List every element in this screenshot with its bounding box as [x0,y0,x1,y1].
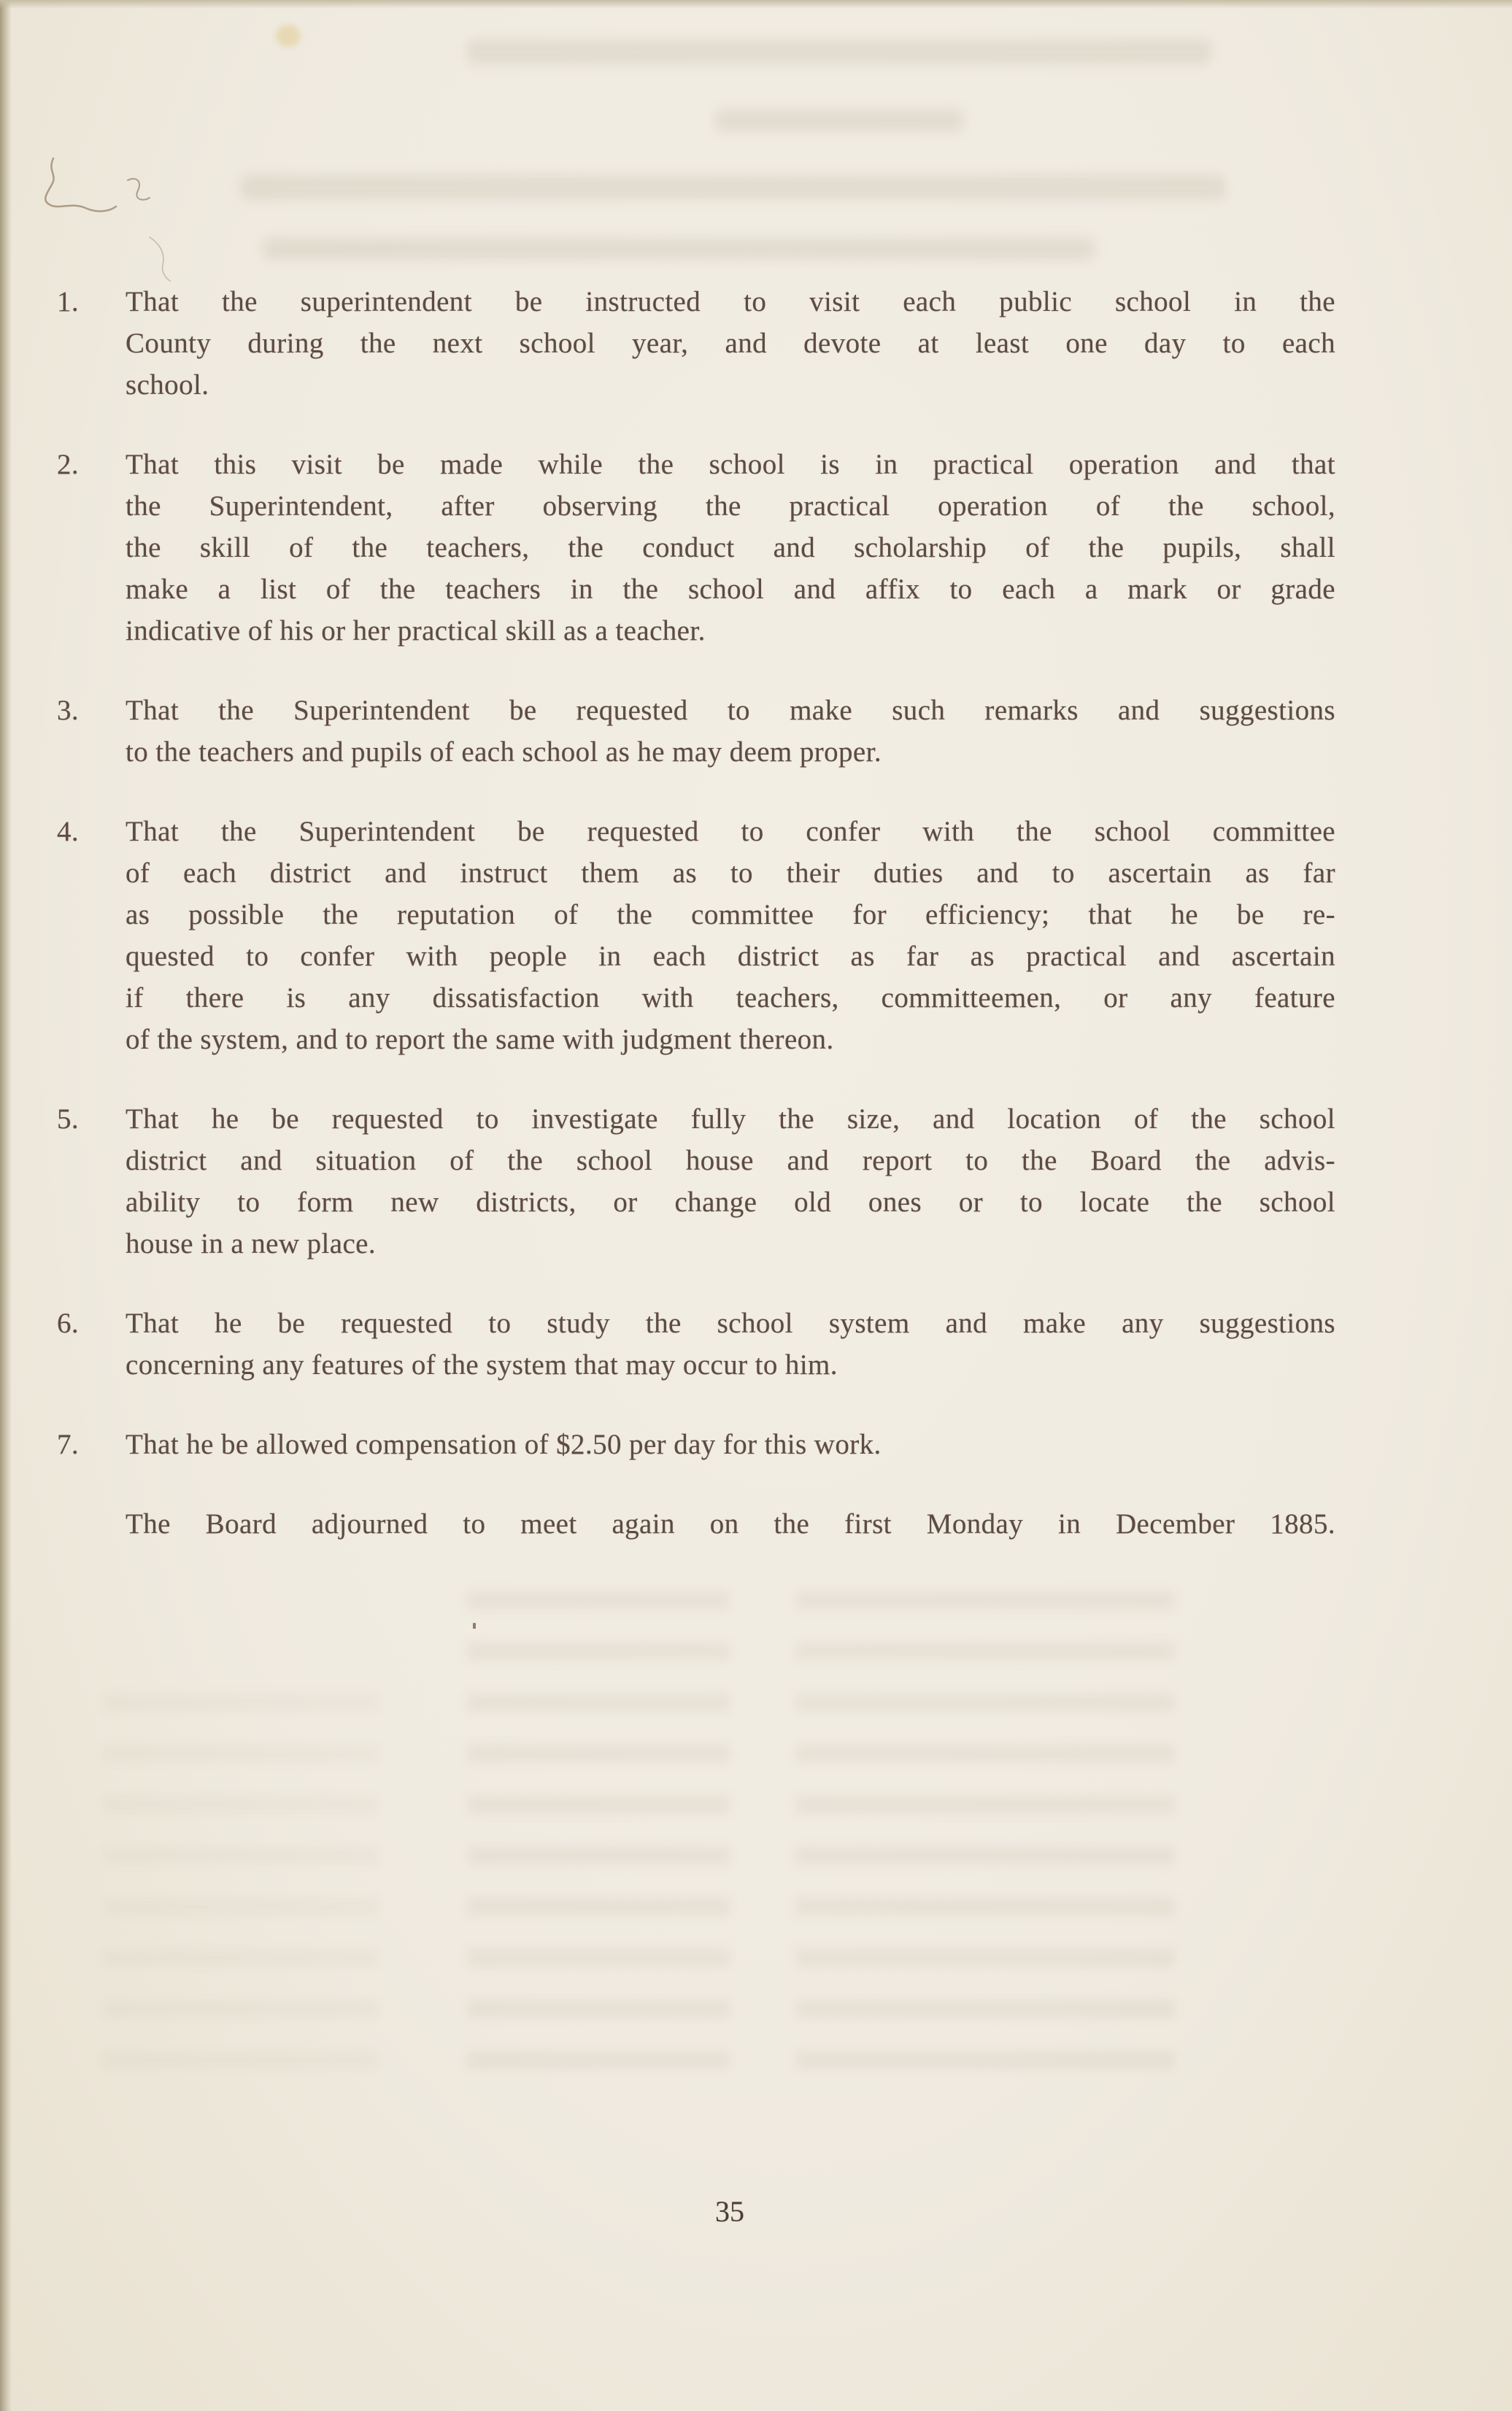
text-line: quested to confer with people in each di… [126,936,1335,977]
item-number: 4. [57,811,126,1060]
text-line: to the teachers and pupils of each schoo… [126,731,1335,773]
list-item: 1.That the superintendent be instructed … [57,281,1335,406]
closing-line: The Board adjourned to meet again on the… [126,1503,1335,1545]
item-text: That he be requested to study the school… [126,1303,1335,1386]
bleedthrough-smudge [467,1591,730,2102]
text-line: That he be allowed compensation of $2.50… [126,1424,1335,1465]
item-text: That he be allowed compensation of $2.50… [126,1424,1335,1465]
text-line: indicative of his or her practical skill… [126,610,1335,652]
item-text: That he be requested to investigate full… [126,1098,1335,1265]
bleedthrough-smudge [102,1693,379,2087]
text-line: That he be requested to study the school… [126,1303,1335,1344]
bleedthrough-smudge [795,1591,1175,2102]
text-line: the skill of the teachers, the conduct a… [126,527,1335,568]
text-line: if there is any dissatisfaction with tea… [126,977,1335,1019]
item-text: That the Superintendent be requested to … [126,811,1335,1060]
list-item: 7.That he be allowed compensation of $2.… [57,1424,1335,1465]
text-line: of each district and instruct them as to… [126,852,1335,894]
paper-speck [473,1623,476,1629]
text-line: house in a new place. [126,1223,1335,1265]
item-number: 3. [57,690,126,773]
list-item: 3.That the Superintendent be requested t… [57,690,1335,773]
item-number: 7. [57,1424,126,1465]
text-line: That this visit be made while the school… [126,444,1335,485]
list-item: 2.That this visit be made while the scho… [57,444,1335,652]
text-line: school. [126,364,1335,406]
page-body: 1.That the superintendent be instructed … [0,0,1512,1545]
document-page: 1.That the superintendent be instructed … [0,0,1512,2411]
text-line: of the system, and to report the same wi… [126,1019,1335,1060]
text-line: That the Superintendent be requested to … [126,811,1335,852]
text-line: County during the next school year, and … [126,323,1335,364]
text-line: concerning any features of the system th… [126,1344,1335,1386]
item-number: 2. [57,444,126,652]
item-number: 1. [57,281,126,406]
text-line: as possible the reputation of the commit… [126,894,1335,936]
text-line: the Superintendent, after observing the … [126,485,1335,527]
resolution-list: 1.That the superintendent be instructed … [57,281,1335,1465]
list-item: 4.That the Superintendent be requested t… [57,811,1335,1060]
text-line: district and situation of the school hou… [126,1140,1335,1181]
list-item: 5.That he be requested to investigate fu… [57,1098,1335,1265]
item-text: That the Superintendent be requested to … [126,690,1335,773]
item-text: That this visit be made while the school… [126,444,1335,652]
item-number: 6. [57,1303,126,1386]
text-line: ability to form new districts, or change… [126,1181,1335,1223]
text-line: That the superintendent be instructed to… [126,281,1335,323]
text-line: make a list of the teachers in the schoo… [126,568,1335,610]
text-line: That the Superintendent be requested to … [126,690,1335,731]
text-line: That he be requested to investigate full… [126,1098,1335,1140]
item-text: That the superintendent be instructed to… [126,281,1335,406]
item-number: 5. [57,1098,126,1265]
page-number: 35 [0,2191,1486,2232]
list-item: 6.That he be requested to study the scho… [57,1303,1335,1386]
